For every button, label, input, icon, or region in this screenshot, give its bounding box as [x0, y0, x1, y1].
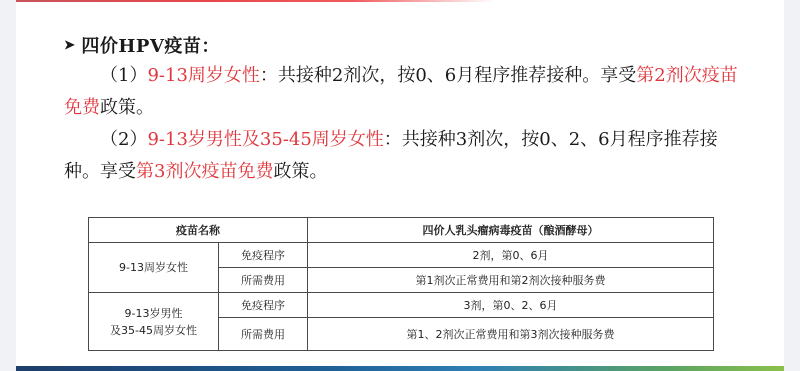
- group-name-line-2: 及35-45周岁女性: [89, 322, 218, 339]
- row-label: 所需费用: [219, 318, 308, 351]
- group-name-line-1: 9-13岁男性: [89, 305, 218, 322]
- top-accent-rule: [16, 0, 496, 2]
- document-page: ➤ 四价HPV疫苗： （1）9-13周岁女性：共接种2剂次，按0、6月程序推荐接…: [16, 0, 784, 371]
- table-header-row: 疫苗名称 四价人乳头瘤病毒疫苗（酿酒酵母）: [89, 218, 714, 243]
- paragraph-text: ：共接种2剂次，按0、6月程序推荐接种。享受: [260, 65, 636, 86]
- target-group: 9-13岁男性及35-45周岁女性: [147, 129, 383, 150]
- paragraph-2: （2）9-13岁男性及35-45周岁女性：共接种3剂次，按0、2、6月程序推荐接…: [64, 124, 744, 188]
- row-value: 3剂，第0、2、6月: [308, 293, 714, 318]
- group-cell: 9-13岁男性 及35-45周岁女性: [89, 293, 219, 351]
- row-value: 第1、2剂次正常费用和第3剂次接种服务费: [308, 318, 714, 351]
- paragraph-text-end: 政策。: [100, 97, 154, 118]
- row-value: 第1剂次正常费用和第2剂次接种服务费: [308, 268, 714, 293]
- paragraph-1: （1）9-13周岁女性：共接种2剂次，按0、6月程序推荐接种。享受第2剂次疫苗免…: [64, 60, 744, 124]
- bottom-gradient-bar: [16, 366, 784, 371]
- section-heading: ➤ 四价HPV疫苗：: [64, 32, 220, 58]
- row-label: 所需费用: [219, 268, 308, 293]
- paragraph-text-end: 政策。: [273, 161, 327, 182]
- vaccine-schedule-table: 疫苗名称 四价人乳头瘤病毒疫苗（酿酒酵母） 9-13周岁女性 免疫程序 2剂，第…: [88, 217, 714, 351]
- header-vaccine: 四价人乳头瘤病毒疫苗（酿酒酵母）: [308, 218, 714, 243]
- target-group: 9-13周岁女性: [147, 65, 259, 86]
- paragraph-number: （2）: [100, 129, 147, 150]
- row-label: 免疫程序: [219, 293, 308, 318]
- table-row: 9-13岁男性 及35-45周岁女性 免疫程序 3剂，第0、2、6月: [89, 293, 714, 318]
- group-name: 9-13周岁女性: [119, 261, 188, 274]
- free-dose-highlight: 第3剂次疫苗免费: [136, 161, 273, 182]
- bullet-arrow-icon: ➤: [64, 38, 75, 53]
- table-row: 9-13周岁女性 免疫程序 2剂，第0、6月: [89, 243, 714, 268]
- heading-title: 四价HPV疫苗：: [81, 32, 220, 58]
- paragraph-number: （1）: [100, 65, 147, 86]
- header-vaccine-name-label: 疫苗名称: [89, 218, 308, 243]
- group-cell: 9-13周岁女性: [89, 243, 219, 293]
- row-value: 2剂，第0、6月: [308, 243, 714, 268]
- row-label: 免疫程序: [219, 243, 308, 268]
